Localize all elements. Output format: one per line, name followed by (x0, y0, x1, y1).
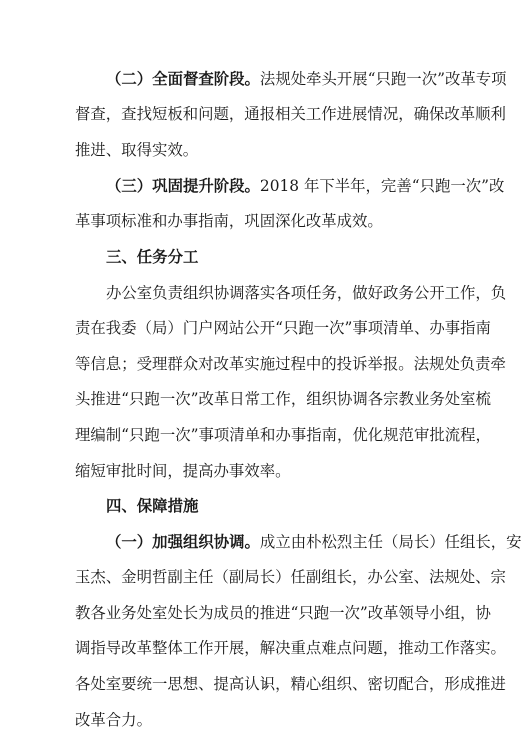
paragraph-line: 督查，查找短板和问题，通报相关工作进展情况，确保改革顺利 (75, 104, 463, 124)
paragraph-line: （二）全面督查阶段。法规处牵头开展“只跑一次”改革专项 (106, 69, 463, 89)
paragraph-line: 缩短审批时间，提高办事效率。 (75, 461, 463, 481)
paragraph-line: 办公室负责组织协调落实各项任务，做好政务公开工作，负 (106, 283, 463, 303)
paragraph-line: 头推进“只跑一次”改革日常工作，组织协调各宗教业务处室梳 (75, 389, 463, 409)
section-heading: 三、任务分工 (106, 247, 198, 267)
paragraph-line: 等信息；受理群众对改革实施过程中的投诉举报。法规处负责牵 (75, 354, 463, 374)
paragraph-line: 理编制“只跑一次”事项清单和办事指南，优化规范审批流程， (75, 425, 463, 445)
section-lead: （三）巩固提升阶段。 (106, 177, 260, 195)
paragraph-line: 革事项标准和办事指南，巩固深化改革成效。 (75, 211, 463, 231)
page-number: 3 (0, 681, 529, 691)
document-page: （二）全面督查阶段。法规处牵头开展“只跑一次”改革专项 督查，查找短板和问题，通… (0, 0, 529, 748)
paragraph-line: 责在我委（局）门户网站公开“只跑一次”事项清单、办事指南 (75, 318, 463, 338)
paragraph-line: 改革合力。 (75, 710, 463, 730)
paragraph-line: 推进、取得实效。 (75, 140, 463, 160)
paragraph-line: 教各业务处室处长为成员的推进“只跑一次”改革领导小组，协 (75, 603, 463, 623)
paragraph-line: （三）巩固提升阶段。2018 年下半年，完善“只跑一次”改 (106, 176, 463, 196)
section-heading: 四、保障措施 (106, 496, 198, 516)
paragraph-line: 调指导改革整体工作开展，解决重点难点问题，推动工作落实。 (75, 638, 463, 658)
paragraph-line: 玉杰、金明哲副主任（副局长）任副组长，办公室、法规处、宗 (75, 567, 463, 587)
section-lead: （一）加强组织协调。 (106, 533, 260, 551)
paragraph-line: （一）加强组织协调。成立由朴松烈主任（局长）任组长，安 (106, 532, 463, 552)
section-lead: （二）全面督查阶段。 (106, 70, 260, 88)
